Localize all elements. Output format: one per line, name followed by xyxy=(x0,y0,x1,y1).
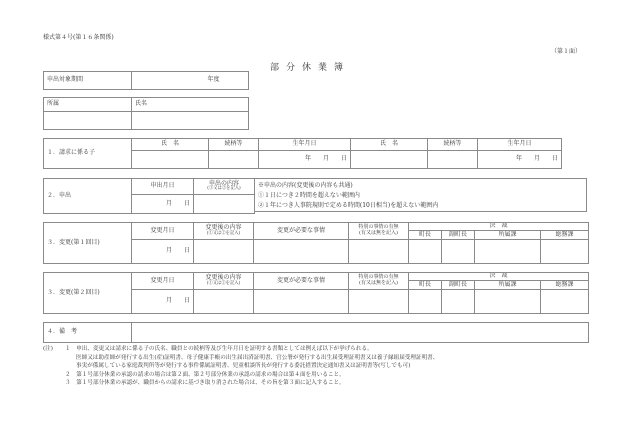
title-text: 部分休業簿 xyxy=(270,63,350,73)
child2-name-header: 氏 名 xyxy=(351,139,428,151)
child1-relation-header: 続柄等 xyxy=(209,139,259,151)
change1-special-note: (有又は無を記入) xyxy=(352,231,405,237)
section1-child-table: １．請求に係る子 氏 名 続柄等 生年月日 氏 名 続柄等 生年月日 年 月 日… xyxy=(43,138,562,169)
change2-approver-general: 総務課 xyxy=(541,281,589,290)
child1-name-header: 氏 名 xyxy=(132,139,209,151)
change1-stamp-mayor[interactable] xyxy=(409,240,442,264)
change2-approver-dept: 所属課 xyxy=(475,281,541,290)
change2-reason-header: 変更が必要な事情 xyxy=(254,273,349,290)
section3-change2-table: ３．変更(第２回目) 変更月日 変更後の内容 (①又は②を記入) 変更が必要な事… xyxy=(43,272,589,314)
change2-stamp-dept[interactable] xyxy=(475,290,541,314)
change2-stamp-deputy[interactable] xyxy=(442,290,475,314)
change1-stamp-deputy[interactable] xyxy=(442,240,475,264)
affiliation-table: 所属 氏名 xyxy=(43,97,249,130)
period-year-field[interactable]: 年度 xyxy=(132,72,249,90)
note-item-1: １ 申出、変更又は請求に係る子の氏名、職員との続柄等及び生年月日を証明する書類と… xyxy=(65,345,603,354)
change1-date-header: 変更月日 xyxy=(132,223,194,240)
change2-stamp-mayor[interactable] xyxy=(409,290,442,314)
note-item-1-cont-a: 医師又は助産師が発行する出生(産)証明書、母子健康手帳の出生届出済証明書、官公署… xyxy=(65,354,603,363)
change2-special-field[interactable] xyxy=(349,290,409,314)
change2-date-header: 変更月日 xyxy=(132,273,194,290)
change2-content-header: 変更後の内容 (①又は②を記入) xyxy=(194,273,254,290)
change1-reason-field[interactable] xyxy=(254,240,349,264)
request-date-header: 申出月日 xyxy=(132,179,194,195)
period-table: 申出対象期間 年度 xyxy=(43,71,249,90)
change1-content-header: 変更後の内容 (①又は②を記入) xyxy=(194,223,254,240)
change1-approver-dept: 所属課 xyxy=(475,231,541,240)
change1-approval-header: 決 裁 xyxy=(409,223,589,231)
change1-approver-deputy: 副町長 xyxy=(442,231,475,240)
dept-label: 所属 xyxy=(44,98,132,112)
dept-field[interactable] xyxy=(44,112,132,130)
note-item-3: ３ 第１号部分休業の承認が、職員からの請求に基づき取り消された場合は、その旨を第… xyxy=(65,379,603,388)
year-suffix: 年度 xyxy=(207,76,219,83)
page-label: （第１面） xyxy=(551,49,581,55)
child1-birth-header: 生年月日 xyxy=(259,139,351,151)
change1-approver-mayor: 町長 xyxy=(409,231,442,240)
change1-approver-general: 総務課 xyxy=(541,231,589,240)
request-date-field[interactable]: 月 日 xyxy=(132,195,194,214)
change2-content-field[interactable] xyxy=(194,290,254,314)
form-number: 様式第４号(第１６条関係) xyxy=(43,35,114,41)
name-field[interactable] xyxy=(132,112,249,130)
change1-content-field[interactable] xyxy=(194,240,254,264)
section2-label: ２．申出 xyxy=(44,179,132,214)
section3-2-label: ３．変更(第２回目) xyxy=(44,273,132,314)
change2-stamp-general[interactable] xyxy=(541,290,589,314)
section1-label: １．請求に係る子 xyxy=(44,139,132,169)
note-option-1: ①１日につき２時間を超えない範囲内 xyxy=(258,191,583,201)
request-content-field[interactable] xyxy=(194,195,255,214)
change2-approval-header: 決 裁 xyxy=(409,273,589,281)
change2-date-field[interactable]: 月 日 xyxy=(132,290,194,314)
change2-content-note: (①又は②を記入) xyxy=(197,282,250,287)
change2-special-header: 特別の事情の有無 (有又は無を記入) xyxy=(349,273,409,290)
child2-relation-field[interactable] xyxy=(428,151,478,169)
change1-reason-header: 変更が必要な事情 xyxy=(254,223,349,240)
section4-label: ４．備 考 xyxy=(44,323,132,343)
child2-name-field[interactable] xyxy=(351,151,428,169)
change1-stamp-general[interactable] xyxy=(541,240,589,264)
child1-birth-field[interactable]: 年 月 日 xyxy=(259,151,351,169)
request-content-header: 申出の内容 (①又は②を記入) xyxy=(194,179,255,195)
section3-1-label: ３．変更(第１回目) xyxy=(44,223,132,264)
page-title: 部分休業簿 xyxy=(270,60,350,73)
change1-special-header: 特別の事情の有無 (有又は無を記入) xyxy=(349,223,409,240)
notes-prefix: (注) xyxy=(43,345,53,354)
child2-relation-header: 続柄等 xyxy=(428,139,478,151)
request-content-note: (①又は②を記入) xyxy=(197,187,251,192)
note-item-2: ２ 第１号部分休業の承認の請求の場合は第２面、第２号部分休業の承認の請求の場合は… xyxy=(65,371,603,380)
child1-relation-field[interactable] xyxy=(209,151,259,169)
child1-name-field[interactable] xyxy=(132,151,209,169)
period-label: 申出対象期間 xyxy=(44,72,132,90)
change1-date-field[interactable]: 月 日 xyxy=(132,240,194,264)
request-content-note-box: ※申出の内容(変更後の内容も共通) ①１日につき２時間を超えない範囲内 ②１年に… xyxy=(254,178,587,212)
change2-reason-field[interactable] xyxy=(254,290,349,314)
section4-remarks-table: ４．備 考 xyxy=(43,322,589,343)
note-option-2: ②１年につき人事院規則で定める時間(10日相当)を超えない範囲内 xyxy=(258,201,583,211)
note-item-1-cont-b: 事実が係属している家庭裁判所等が発行する事件係属証明書、児童相談所長が発行する委… xyxy=(65,362,603,371)
name-label: 氏名 xyxy=(132,98,249,112)
change1-special-field[interactable] xyxy=(349,240,409,264)
note-title: ※申出の内容(変更後の内容も共通) xyxy=(258,181,583,191)
remarks-field[interactable] xyxy=(132,323,589,343)
change1-stamp-dept[interactable] xyxy=(475,240,541,264)
change2-special-note: (有又は無を記入) xyxy=(352,281,405,287)
child2-birth-header: 生年月日 xyxy=(478,139,562,151)
change2-approver-mayor: 町長 xyxy=(409,281,442,290)
change1-content-note: (①又は②を記入) xyxy=(197,232,250,237)
section2-request-table: ２．申出 申出月日 申出の内容 (①又は②を記入) 月 日 xyxy=(43,178,255,214)
notes-block: (注) １ 申出、変更又は請求に係る子の氏名、職員との続柄等及び生年月日を証明す… xyxy=(43,345,603,388)
child2-birth-field[interactable]: 年 月 日 xyxy=(478,151,562,169)
section3-change1-table: ３．変更(第１回目) 変更月日 変更後の内容 (①又は②を記入) 変更が必要な事… xyxy=(43,222,589,264)
change2-approver-deputy: 副町長 xyxy=(442,281,475,290)
